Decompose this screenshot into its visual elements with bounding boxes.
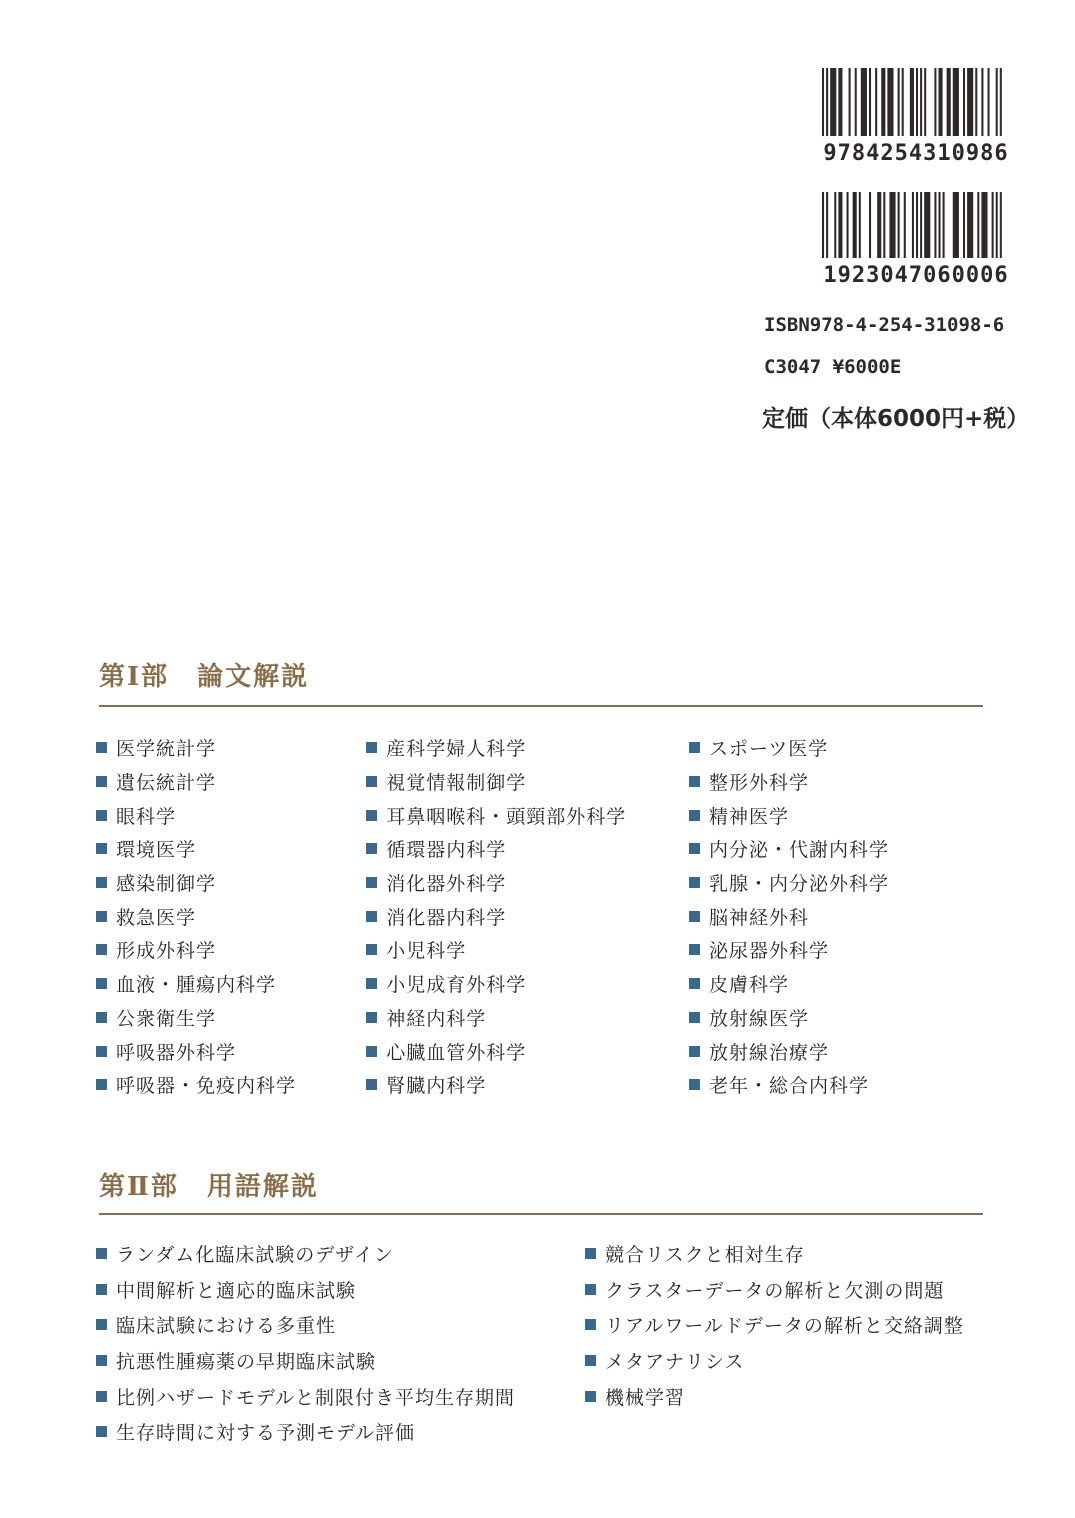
bullet-square-icon <box>585 1284 596 1295</box>
list-item-label: 公衆衛生学 <box>116 1004 216 1031</box>
list-item-label: 比例ハザードモデルと制限付き平均生存期間 <box>116 1383 515 1410</box>
list-item: 遺伝統計学 <box>96 765 366 799</box>
list-item: 眼科学 <box>96 798 366 832</box>
list-item: クラスターデータの解析と欠測の問題 <box>585 1272 1036 1308</box>
bullet-square-icon <box>585 1391 596 1402</box>
bullet-square-icon <box>366 877 377 888</box>
list-item: 腎臓内科学 <box>366 1068 689 1102</box>
price-text: 定価（本体6000円+税） <box>762 400 1029 433</box>
barcode-price-number: 1923047060006 <box>822 263 1010 288</box>
section1-rule <box>99 705 983 707</box>
list-item: 視覚情報制御学 <box>366 765 689 799</box>
list-item: 整形外科学 <box>689 765 996 799</box>
list-item: 乳腺・内分泌外科学 <box>689 866 996 900</box>
section2-columns: ランダム化臨床試験のデザイン中間解析と適応的臨床試験臨床試験における多重性抗悪性… <box>96 1236 1036 1450</box>
list-item: 精神医学 <box>689 798 996 832</box>
bullet-square-icon <box>96 944 107 955</box>
list-item-label: 視覚情報制御学 <box>386 768 526 795</box>
list-item: 救急医学 <box>96 899 366 933</box>
list-item-label: 臨床試験における多重性 <box>116 1311 336 1338</box>
list-item: ランダム化臨床試験のデザイン <box>96 1236 585 1272</box>
section2-rule <box>99 1213 983 1215</box>
list-item: 放射線医学 <box>689 1001 996 1035</box>
list-item-label: 循環器内科学 <box>386 835 506 862</box>
list-item-label: 放射線医学 <box>709 1004 809 1031</box>
list-item-label: 競合リスクと相対生存 <box>605 1240 805 1267</box>
list-item-label: 医学統計学 <box>116 734 216 761</box>
bullet-square-icon <box>96 1391 107 1402</box>
bullet-square-icon <box>585 1355 596 1366</box>
bullet-square-icon <box>366 1046 377 1057</box>
list-item-label: 産科学婦人科学 <box>386 734 526 761</box>
bullet-square-icon <box>366 843 377 854</box>
bullet-square-icon <box>585 1248 596 1259</box>
barcode-isbn: 9784254310986 <box>822 68 1010 166</box>
bullet-square-icon <box>366 911 377 922</box>
list-item-label: 中間解析と適応的臨床試験 <box>116 1276 356 1303</box>
bullet-square-icon <box>96 742 107 753</box>
bullet-square-icon <box>366 1079 377 1090</box>
bullet-square-icon <box>366 978 377 989</box>
list-item: 老年・総合内科学 <box>689 1068 996 1102</box>
list-item: 比例ハザードモデルと制限付き平均生存期間 <box>96 1378 585 1414</box>
bullet-square-icon <box>366 742 377 753</box>
bullet-square-icon <box>689 843 700 854</box>
barcode-price-bars <box>822 192 1010 258</box>
list-item: 生存時間に対する予測モデル評価 <box>96 1414 585 1450</box>
list-item-label: 耳鼻咽喉科・頭頸部外科学 <box>386 802 626 829</box>
list-item-label: 眼科学 <box>116 802 176 829</box>
list-item-label: スポーツ医学 <box>709 734 828 761</box>
list-item: 競合リスクと相対生存 <box>585 1236 1036 1272</box>
list-item-label: 老年・総合内科学 <box>709 1071 869 1098</box>
bullet-square-icon <box>689 776 700 787</box>
list-item: 消化器外科学 <box>366 866 689 900</box>
bullet-square-icon <box>96 1284 107 1295</box>
list-item-label: 小児科学 <box>386 936 466 963</box>
barcode-isbn-bars <box>822 68 1010 136</box>
section1-column-2: 産科学婦人科学視覚情報制御学耳鼻咽喉科・頭頸部外科学循環器内科学消化器外科学消化… <box>366 731 689 1102</box>
bullet-square-icon <box>689 1012 700 1023</box>
list-item-label: 精神医学 <box>709 802 789 829</box>
bullet-square-icon <box>96 776 107 787</box>
list-item: リアルワールドデータの解析と交絡調整 <box>585 1307 1036 1343</box>
list-item: 血液・腫瘍内科学 <box>96 967 366 1001</box>
list-item-label: 呼吸器・免疫内科学 <box>116 1071 296 1098</box>
bullet-square-icon <box>96 877 107 888</box>
list-item: 抗悪性腫瘍薬の早期臨床試験 <box>96 1343 585 1379</box>
list-item-label: 心臓血管外科学 <box>386 1038 526 1065</box>
list-item-label: 整形外科学 <box>709 768 809 795</box>
bullet-square-icon <box>96 1079 107 1090</box>
list-item-label: 呼吸器外科学 <box>116 1038 236 1065</box>
list-item: 感染制御学 <box>96 866 366 900</box>
list-item-label: ランダム化臨床試験のデザイン <box>116 1240 394 1267</box>
list-item: 皮膚科学 <box>689 967 996 1001</box>
bullet-square-icon <box>689 742 700 753</box>
list-item-label: 放射線治療学 <box>709 1038 829 1065</box>
bullet-square-icon <box>689 877 700 888</box>
bullet-square-icon <box>96 1248 107 1259</box>
list-item: 中間解析と適応的臨床試験 <box>96 1272 585 1308</box>
list-item: 小児成育外科学 <box>366 967 689 1001</box>
list-item-label: 内分泌・代謝内科学 <box>709 835 889 862</box>
bullet-square-icon <box>585 1319 596 1330</box>
list-item-label: 環境医学 <box>116 835 196 862</box>
list-item: 泌尿器外科学 <box>689 933 996 967</box>
bullet-square-icon <box>96 843 107 854</box>
list-item-label: 形成外科学 <box>116 936 216 963</box>
bullet-square-icon <box>366 944 377 955</box>
section2-title: 第Ⅱ部 用語解説 <box>99 1166 319 1203</box>
list-item-label: 血液・腫瘍内科学 <box>116 970 276 997</box>
list-item: 呼吸器・免疫内科学 <box>96 1068 366 1102</box>
bullet-square-icon <box>96 1012 107 1023</box>
bullet-square-icon <box>96 810 107 821</box>
section1-column-3: スポーツ医学整形外科学精神医学内分泌・代謝内科学乳腺・内分泌外科学脳神経外科泌尿… <box>689 731 996 1102</box>
bullet-square-icon <box>96 978 107 989</box>
list-item: 消化器内科学 <box>366 899 689 933</box>
list-item: スポーツ医学 <box>689 731 996 765</box>
list-item: 循環器内科学 <box>366 832 689 866</box>
list-item: 産科学婦人科学 <box>366 731 689 765</box>
list-item: 機械学習 <box>585 1378 1036 1414</box>
bullet-square-icon <box>96 1319 107 1330</box>
list-item-label: 救急医学 <box>116 903 196 930</box>
section2-column-2: 競合リスクと相対生存クラスターデータの解析と欠測の問題リアルワールドデータの解析… <box>585 1236 1036 1450</box>
list-item-label: 泌尿器外科学 <box>709 936 829 963</box>
list-item: 小児科学 <box>366 933 689 967</box>
list-item: 医学統計学 <box>96 731 366 765</box>
bullet-square-icon <box>366 776 377 787</box>
bullet-square-icon <box>366 1012 377 1023</box>
section1-title: 第Ⅰ部 論文解説 <box>99 656 309 693</box>
list-item: 臨床試験における多重性 <box>96 1307 585 1343</box>
list-item-label: リアルワールドデータの解析と交絡調整 <box>605 1311 964 1338</box>
list-item-label: 腎臓内科学 <box>386 1071 486 1098</box>
list-item-label: 乳腺・内分泌外科学 <box>709 869 889 896</box>
list-item-label: 抗悪性腫瘍薬の早期臨床試験 <box>116 1347 376 1374</box>
list-item-label: 脳神経外科 <box>709 903 809 930</box>
list-item: 内分泌・代謝内科学 <box>689 832 996 866</box>
barcode-price: 1923047060006 <box>822 192 1010 288</box>
list-item-label: 消化器内科学 <box>386 903 506 930</box>
section1-columns: 医学統計学遺伝統計学眼科学環境医学感染制御学救急医学形成外科学血液・腫瘍内科学公… <box>96 731 996 1102</box>
list-item-label: 小児成育外科学 <box>386 970 526 997</box>
list-item: 環境医学 <box>96 832 366 866</box>
section2-column-1: ランダム化臨床試験のデザイン中間解析と適応的臨床試験臨床試験における多重性抗悪性… <box>96 1236 585 1450</box>
section1-column-1: 医学統計学遺伝統計学眼科学環境医学感染制御学救急医学形成外科学血液・腫瘍内科学公… <box>96 731 366 1102</box>
list-item: 呼吸器外科学 <box>96 1034 366 1068</box>
bullet-square-icon <box>96 1355 107 1366</box>
list-item-label: 消化器外科学 <box>386 869 506 896</box>
list-item-label: 皮膚科学 <box>709 970 789 997</box>
list-item-label: メタアナリシス <box>605 1347 744 1374</box>
bullet-square-icon <box>96 1046 107 1057</box>
list-item: 公衆衛生学 <box>96 1001 366 1035</box>
bullet-square-icon <box>689 1046 700 1057</box>
list-item: 心臓血管外科学 <box>366 1034 689 1068</box>
list-item: 耳鼻咽喉科・頭頸部外科学 <box>366 798 689 832</box>
list-item: 脳神経外科 <box>689 899 996 933</box>
list-item-label: 感染制御学 <box>116 869 216 896</box>
list-item-label: 機械学習 <box>605 1383 685 1410</box>
bullet-square-icon <box>689 810 700 821</box>
list-item: 形成外科学 <box>96 933 366 967</box>
list-item-label: 神経内科学 <box>386 1004 486 1031</box>
list-item: メタアナリシス <box>585 1343 1036 1379</box>
list-item-label: 遺伝統計学 <box>116 768 216 795</box>
list-item-label: 生存時間に対する予測モデル評価 <box>116 1418 415 1445</box>
barcode-isbn-number: 9784254310986 <box>822 141 1010 166</box>
list-item: 放射線治療学 <box>689 1034 996 1068</box>
list-item-label: クラスターデータの解析と欠測の問題 <box>605 1276 944 1303</box>
bullet-square-icon <box>689 978 700 989</box>
book-back-cover: 9784254310986 1923047060006 ISBN978-4-25… <box>0 0 1075 1518</box>
bullet-square-icon <box>689 911 700 922</box>
bullet-square-icon <box>366 810 377 821</box>
isbn-text: ISBN978-4-254-31098-6 <box>764 314 1004 336</box>
c-code-text: C3047 ¥6000E <box>764 356 901 378</box>
bullet-square-icon <box>96 911 107 922</box>
list-item: 神経内科学 <box>366 1001 689 1035</box>
bullet-square-icon <box>96 1426 107 1437</box>
bullet-square-icon <box>689 944 700 955</box>
bullet-square-icon <box>689 1079 700 1090</box>
